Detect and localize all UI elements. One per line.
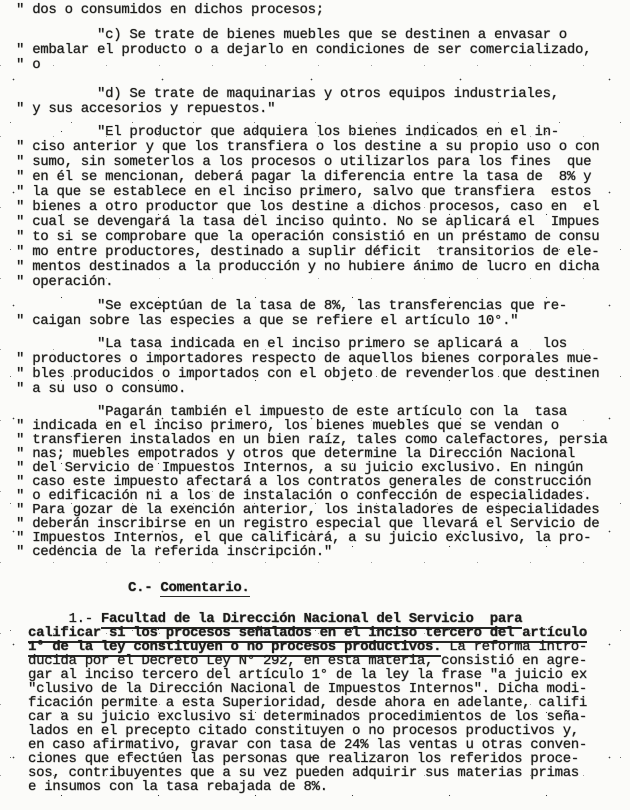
text-segment: " sumo, sin someterlos a los procesos o … <box>16 154 591 170</box>
text-line: " indicada en el inciso primero, los bie… <box>16 419 630 433</box>
underlined-text-segment: Comentario. <box>160 580 249 597</box>
text-segment: " en él se mencionan, deberá pagar la di… <box>16 169 591 185</box>
text-line: "Se exceptúan de la tasa de 8%, las tran… <box>16 299 630 314</box>
text-line: " bles producidos o importados con el ob… <box>16 367 630 382</box>
text-line: 1° de la ley constituyen o no procesos p… <box>28 640 630 654</box>
text-line: " Impuestos Internos, el que calificará,… <box>16 531 630 545</box>
text-segment: " cual se devengará la tasa del inciso q… <box>16 214 599 230</box>
text-line: "Pagarán también el impuesto de este art… <box>16 405 630 419</box>
text-line: " to si se comprobare que la operación c… <box>16 230 630 245</box>
text-line: car a su juicio exclusivo si determinado… <box>28 710 630 724</box>
text-segment: e insumos con la tasa rebajada de 8%. <box>28 779 328 795</box>
text-line: en caso afirmativo, gravar con tasa de 2… <box>28 738 630 752</box>
paragraph-exception: "Se exceptúan de la tasa de 8%, las tran… <box>16 299 630 329</box>
paragraph-d: "d) Se trate de maquinarias y otros equi… <box>16 87 630 117</box>
text-line: " deberán inscribirse en un registro esp… <box>16 517 630 531</box>
text-line: " mentos destinados a la producción y no… <box>16 260 630 275</box>
paragraph-producer: "El productor que adquiera los bienes in… <box>16 125 630 290</box>
text-line: " la que se establece en el inciso prime… <box>16 185 630 200</box>
text-segment: " embalar el producto o a dejarlo en con… <box>16 42 591 58</box>
text-segment: " mentos destinados a la producción y no… <box>16 259 599 275</box>
text-line: " nas; muebles empotrados y otros que de… <box>16 447 630 461</box>
paragraph-c: "c) Se trate de bienes muebles que se de… <box>16 28 630 73</box>
text-line: "d) Se trate de maquinarias y otros equi… <box>16 87 630 102</box>
text-line: "c) Se trate de bienes muebles que se de… <box>16 28 630 43</box>
text-segment: " bienes a otro productor que los destin… <box>16 199 599 215</box>
paragraph-rate: "La tasa indicada en el inciso primero s… <box>16 337 630 397</box>
text-line: " a su uso o consumo. <box>16 382 630 397</box>
text-line: " productores o importadores respecto de… <box>16 352 630 367</box>
text-segment: "Se exceptúan de la tasa de 8%, las tran… <box>16 298 567 314</box>
text-line: ducida por el Decreto Ley N° 292, en est… <box>28 654 630 668</box>
text-segment: " caigan sobre las especies a que se ref… <box>16 313 518 329</box>
text-line: " sumo, sin someterlos a los procesos o … <box>16 155 630 170</box>
text-line: " caigan sobre las especies a que se ref… <box>16 314 630 329</box>
text-segment: " productores o importadores respecto de… <box>16 351 599 367</box>
text-line: "La tasa indicada en el inciso primero s… <box>16 337 630 352</box>
text-line: " transfieren instalados en un bien raíz… <box>16 433 630 447</box>
text-line: ciones que efectúen las personas que rea… <box>28 752 630 766</box>
text-line: sos, contribuyentes que a su vez pueden … <box>28 766 630 780</box>
text-line: " o edificación ni a los de instalación … <box>16 489 630 503</box>
text-line: " ciso anterior y que los transfiera o l… <box>16 140 630 155</box>
text-line: lados en el precepto citado constituyen … <box>28 724 630 738</box>
comment-heading: C.- Comentario. <box>128 581 630 596</box>
text-line: " cual se devengará la tasa del inciso q… <box>16 215 630 230</box>
text-line: " dos o consumidos en dichos procesos; <box>16 3 630 18</box>
text-line: " mo entre productores, destinado a supl… <box>16 245 630 260</box>
text-line: " del Servicio de Impuestos Internos, a … <box>16 461 630 475</box>
text-line: " cedencia de la referida inscripción." <box>16 545 630 559</box>
text-segment: " operación. <box>16 274 113 290</box>
text-line: e insumos con la tasa rebajada de 8%. <box>28 780 630 794</box>
text-line: C.- Comentario. <box>128 581 630 596</box>
text-line: calificar si los procesos señalados en e… <box>28 626 630 640</box>
text-line: " bienes a otro productor que los destin… <box>16 200 630 215</box>
paragraph-installed-goods: "Pagarán también el impuesto de este art… <box>16 405 630 559</box>
text-line: " o <box>16 58 630 73</box>
text-line: ficación permite a esta Superioridad, de… <box>28 696 630 710</box>
text-line: " embalar el producto o a dejarlo en con… <box>16 43 630 58</box>
text-segment: "La tasa indicada en el inciso primero s… <box>16 336 567 352</box>
text-segment: " a su uso o consumo. <box>16 381 186 397</box>
text-segment: " o <box>16 57 40 73</box>
text-segment: "El productor que adquiera los bienes in… <box>16 124 559 140</box>
text-line: " en él se mencionan, deberá pagar la di… <box>16 170 630 185</box>
text-segment: C.- <box>128 580 160 596</box>
text-line: 1.- Facultad de la Dirección Nacional de… <box>28 612 630 626</box>
text-segment: "c) Se trate de bienes muebles que se de… <box>16 27 567 43</box>
text-segment: "d) Se trate de maquinarias y otros equi… <box>16 86 559 102</box>
text-segment: " dos o consumidos en dichos procesos; <box>16 2 324 18</box>
text-line: "clusivo de la Dirección Nacional de Imp… <box>28 682 630 696</box>
text-segment: " cedencia de la referida inscripción." <box>16 544 332 560</box>
text-segment: " bles producidos o importados con el ob… <box>16 366 599 382</box>
comment-paragraph-1: 1.- Facultad de la Dirección Nacional de… <box>28 612 630 794</box>
continuation-top: " dos o consumidos en dichos procesos; <box>16 3 630 18</box>
text-line: " caso este impuesto afectará a los cont… <box>16 475 630 489</box>
text-segment: " to si se comprobare que la operación c… <box>16 229 599 245</box>
document-page: " dos o consumidos en dichos procesos; "… <box>0 0 630 810</box>
text-line: " y sus accesorios y repuestos." <box>16 102 630 117</box>
text-line: " operación. <box>16 275 630 290</box>
text-segment: " mo entre productores, destinado a supl… <box>16 244 599 260</box>
text-segment: " la que se establece en el inciso prime… <box>16 184 591 200</box>
text-segment: " y sus accesorios y repuestos." <box>16 101 275 117</box>
text-line: "El productor que adquiera los bienes in… <box>16 125 630 140</box>
text-line: gar al inciso tercero del artículo 1° de… <box>28 668 630 682</box>
text-line: " Para gozar de la exención anterior, lo… <box>16 503 630 517</box>
text-segment: " ciso anterior y que los transfiera o l… <box>16 139 599 155</box>
